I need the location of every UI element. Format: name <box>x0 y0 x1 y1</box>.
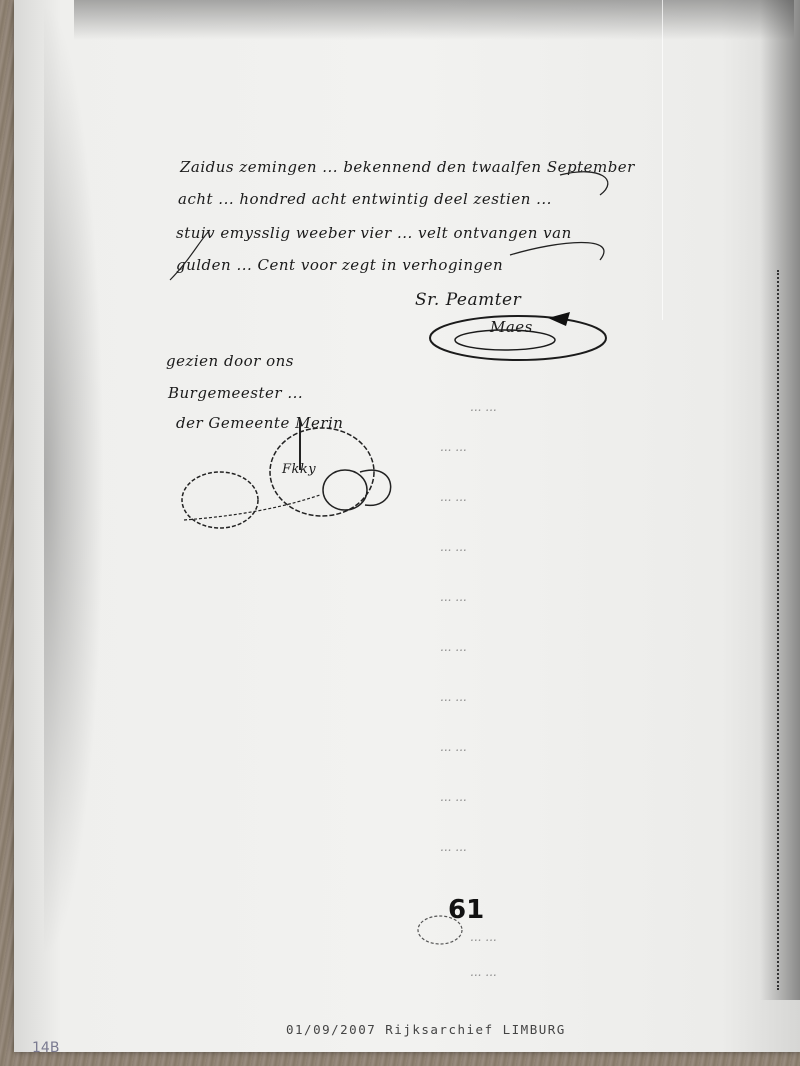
pencil-note: 14B <box>32 1040 59 1056</box>
signature-flourish-icon <box>0 0 800 1066</box>
archive-stamp: 01/09/2007 Rijksarchief LIMBURG <box>286 1022 566 1037</box>
folio-number: 61 <box>448 895 484 925</box>
